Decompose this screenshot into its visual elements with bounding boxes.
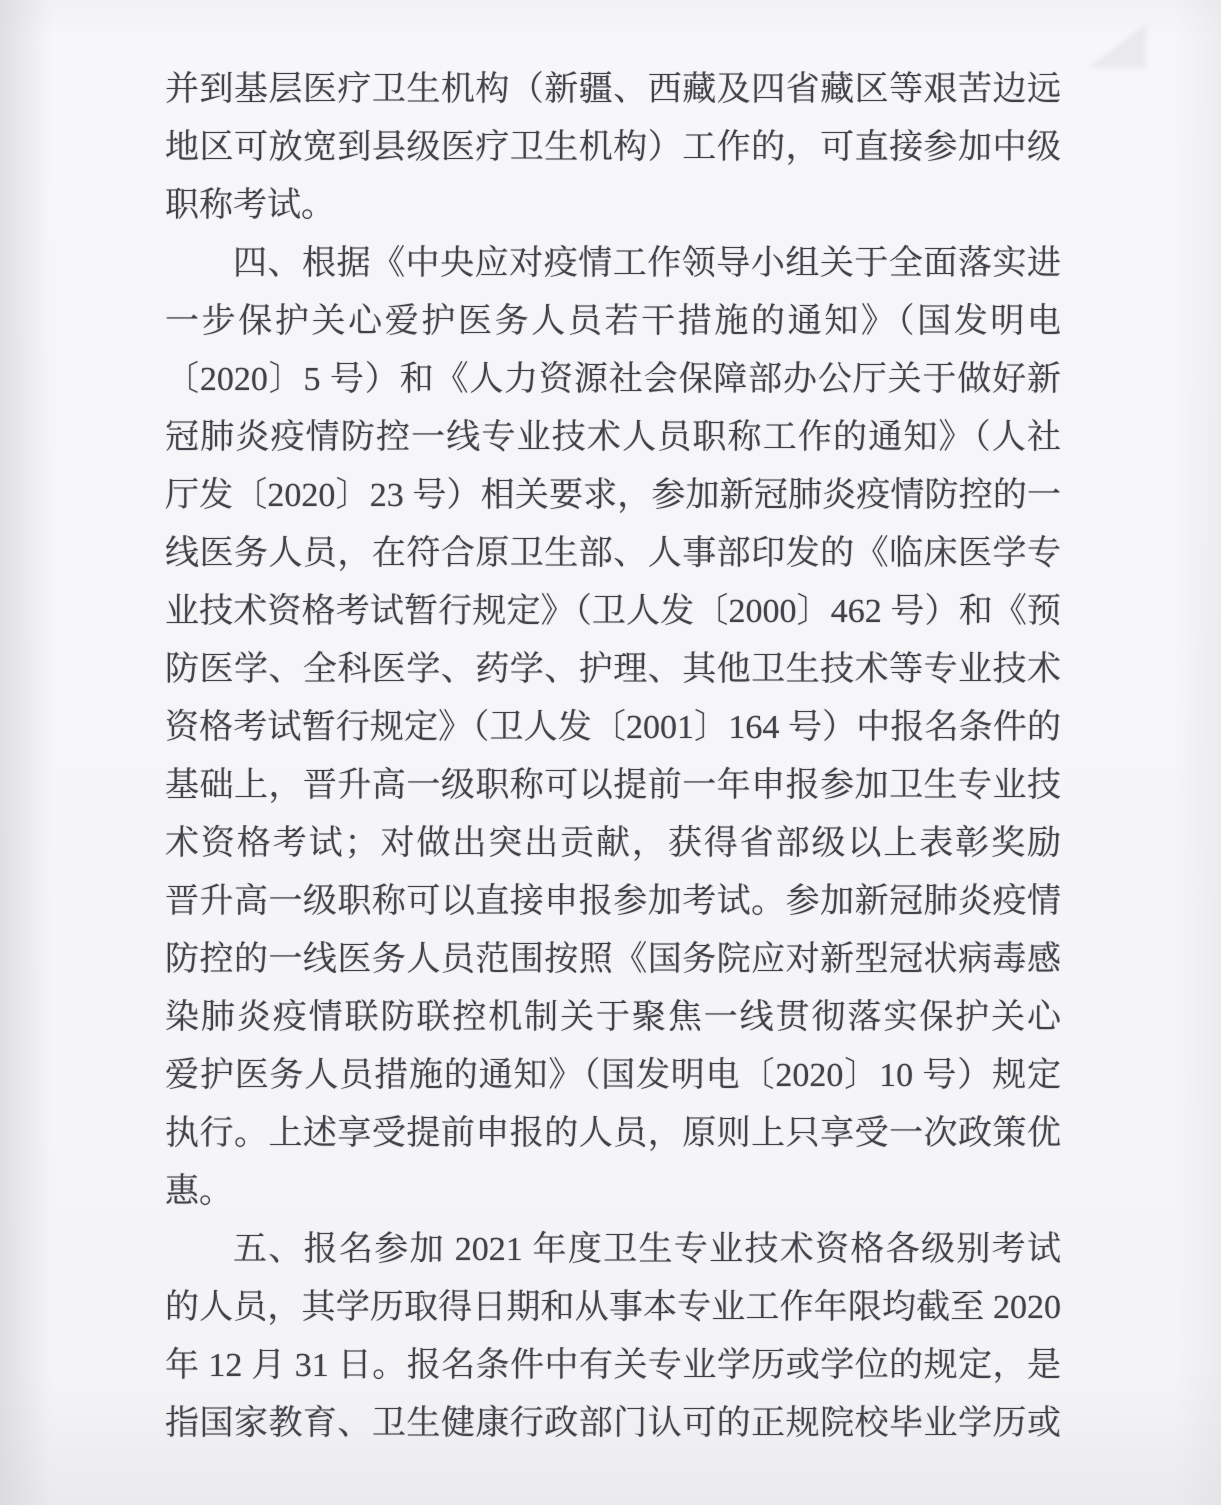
text-line: 资格考试暂行规定》（卫人发〔2001〕164 号）中报名条件的 [165,699,1061,757]
text-line: 防医学、全科医学、药学、护理、其他卫生技术等专业技术 [165,641,1061,699]
text-line: 冠肺炎疫情防控一线专业技术人员职称工作的通知》（人社 [165,409,1061,467]
text-line: 线医务人员，在符合原卫生部、人事部印发的《临床医学专 [165,525,1061,583]
text-line: 一步保护关心爱护医务人员若干措施的通知》（国发明电 [165,293,1061,351]
text-line: 指国家教育、卫生健康行政部门认可的正规院校毕业学历或 [165,1395,1061,1453]
scan-fold-artifact [1088,24,1146,68]
text-line: 年 12 月 31 日。报名条件中有关专业学历或学位的规定，是 [165,1337,1061,1395]
text-line: 基础上，晋升高一级职称可以提前一年申报参加卫生专业技 [165,757,1061,815]
text-line: 执行。上述享受提前申报的人员，原则上只享受一次政策优 [165,1105,1061,1163]
text-line: 并到基层医疗卫生机构（新疆、西藏及四省藏区等艰苦边远 [165,61,1061,119]
text-line: 五、报名参加 2021 年度卫生专业技术资格各级别考试 [165,1221,1061,1279]
text-line: 厅发〔2020〕23 号）相关要求，参加新冠肺炎疫情防控的一 [165,467,1061,525]
text-line: 的人员，其学历取得日期和从事本专业工作年限均截至 2020 [165,1279,1061,1337]
document-page: 并到基层医疗卫生机构（新疆、西藏及四省藏区等艰苦边远地区可放宽到县级医疗卫生机构… [0,0,1221,1505]
text-line: 地区可放宽到县级医疗卫生机构）工作的，可直接参加中级 [165,119,1061,177]
text-line: 晋升高一级职称可以直接申报参加考试。参加新冠肺炎疫情 [165,873,1061,931]
text-line: 染肺炎疫情联防联控机制关于聚焦一线贯彻落实保护关心 [165,989,1061,1047]
text-line: 业技术资格考试暂行规定》（卫人发〔2000〕462 号）和《预 [165,583,1061,641]
text-line: 防控的一线医务人员范围按照《国务院应对新型冠状病毒感 [165,931,1061,989]
text-line: 惠。 [165,1163,1061,1221]
text-line: 爱护医务人员措施的通知》（国发明电〔2020〕10 号）规定 [165,1047,1061,1105]
text-line: 职称考试。 [165,177,1061,235]
text-line: 四、根据《中央应对疫情工作领导小组关于全面落实进 [165,235,1061,293]
text-line: 〔2020〕5 号）和《人力资源社会保障部办公厅关于做好新 [165,351,1061,409]
text-line: 术资格考试；对做出突出贡献，获得省部级以上表彰奖励的， [165,815,1061,873]
text-block: 并到基层医疗卫生机构（新疆、西藏及四省藏区等艰苦边远地区可放宽到县级医疗卫生机构… [165,61,1061,1453]
